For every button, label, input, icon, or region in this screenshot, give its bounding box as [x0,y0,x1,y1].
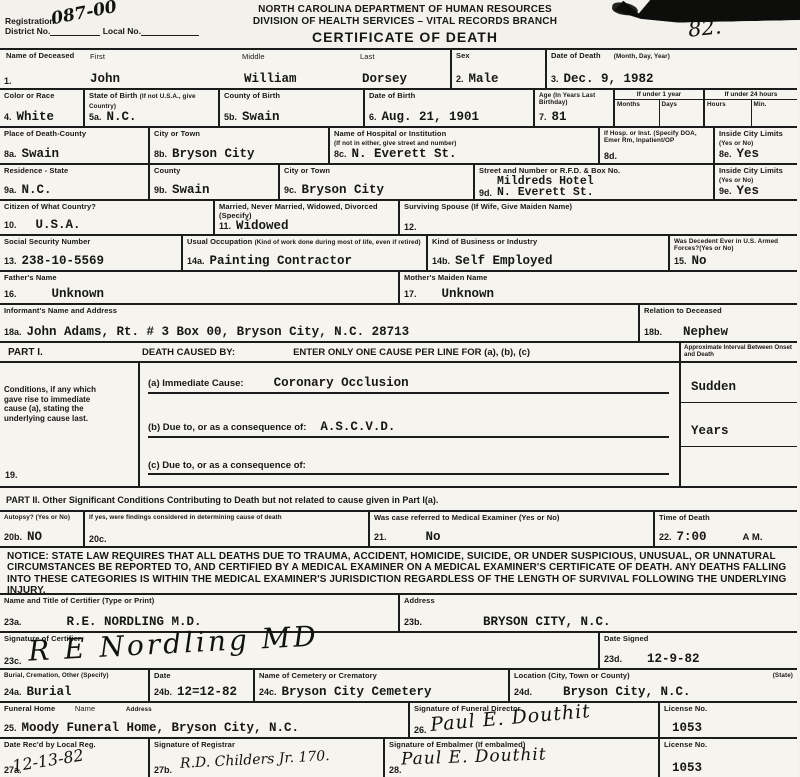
industry-value: Self Employed [455,255,553,268]
immediate-cause-value: Coronary Occlusion [274,377,409,390]
date-of-birth-value: Aug. 21, 1901 [382,111,480,124]
days-header: Days [662,101,702,108]
time-of-death-value: 7:00 [677,531,707,544]
armed-forces-field: Was Decedent Ever in U.S. Armed Forces?(… [670,236,797,270]
hospital-value: N. Everett St. [352,148,457,161]
due-to-line-c: (c) Due to, or as a consequence of: [148,460,669,475]
fathers-name-field: Father's Name 16.Unknown [0,272,400,303]
header-titles: NORTH CAROLINA DEPARTMENT OF HUMAN RESOU… [170,4,640,45]
department-line: NORTH CAROLINA DEPARTMENT OF HUMAN RESOU… [170,4,640,16]
color-or-race-field: Color or Race 4.White [0,90,85,126]
date-of-birth-field: Date of Birth 6.Aug. 21, 1901 [365,90,535,126]
due-to-line-b: (b) Due to, or as a consequence of: A.S.… [148,421,669,438]
item-19-number: 19. [5,470,18,480]
medical-examiner-referral-field: Was case referred to Medical Examiner (Y… [370,512,655,546]
age-value: 81 [552,111,567,124]
relation-to-deceased-field: Relation to Deceased 18b.Nephew [640,305,797,341]
state-of-birth-field: State of Birth (If not U.S.A., give Coun… [85,90,220,126]
pod-city-field: City or Town 8b.Bryson City [150,128,330,163]
form-header: Registration District No. Local No. 087-… [0,0,800,48]
state-of-birth-value: N.C. [107,111,137,124]
hours-header: Hours [707,101,749,108]
pod-county-value: Swain [22,148,60,161]
name-label: Name of Deceased [6,52,74,61]
death-certificate-document: Registration District No. Local No. 087-… [0,0,800,777]
death-caused-by-label: DEATH CAUSED BY: [142,347,235,358]
min-header: Min. [754,101,796,108]
county-of-birth-field: County of Birth 5b.Swain [220,90,365,126]
division-line: DIVISION OF HEALTH SERVICES – VITAL RECO… [170,16,640,28]
citizen-value: U.S.A. [36,219,81,232]
handwritten-corner-number: 82. [687,14,723,41]
middle-header: Middle [242,53,265,62]
residence-street-field: Street and Number or R.F.D. & Box No. 9d… [475,165,715,199]
me-referral-value: No [426,531,441,544]
funeral-home-value: Moody Funeral Home, Bryson City, N.C. [22,722,300,735]
interval-b-value: Years [691,425,729,438]
date-received-field: Date Rec'd by Local Reg. 27a. 12-13-82 [0,739,150,777]
ssn-field: Social Security Number 13.238-10-5569 [0,236,183,270]
certifier-signature-field: Signature of Certifier 23c. R E Nordling… [0,633,600,668]
embalmer-license-value: 1053 [672,762,702,775]
res-inside-city-limits-field: Inside City Limits (Yes or No) 9e.Yes [715,165,797,199]
interval-a-value: Sudden [691,381,736,394]
funeral-director-signature-field: Signature of Funeral Director 26. Paul E… [410,703,660,737]
residence-state-field: Residence - State 9a.N.C. [0,165,150,199]
interval-divider [681,446,797,447]
mother-value: Unknown [442,288,495,301]
district-no-blank [50,27,100,36]
sex-label: Sex [456,52,541,61]
pod-limits-value: Yes [737,148,760,161]
last-name-value: Dorsey [362,73,407,86]
one-cause-per-line-label: ENTER ONLY ONE CAUSE PER LINE FOR (a), (… [293,347,679,358]
cemetery-location-field: Location (City, Town or County)(State) 2… [510,670,797,701]
funeral-director-license-field: License No. 1053 [660,703,797,737]
part2-section: PART II. Other Significant Conditions Co… [0,486,797,510]
informant-field: Informant's Name and Address 18a.John Ad… [0,305,640,341]
part1-title: PART I. [8,347,138,358]
if-under-24-hours-field: If under 24 hours Hours Min. [705,90,797,126]
disposition-date-field: Date 24b.12=12-82 [150,670,255,701]
cemetery-value: Bryson City Cemetery [282,686,432,699]
interval-divider [681,402,797,403]
cemetery-location-value: Bryson City, N.C. [563,686,691,699]
citizen-field: Citizen of What Country? 10.U.S.A. [0,201,215,234]
district-no-label: District No. [5,26,50,36]
disposition-value: Burial [27,686,72,699]
part2-title: PART II. Other Significant Conditions Co… [6,495,438,505]
interval-column: Sudden Years [681,363,797,488]
funeral-home-field: Funeral Home Name Address 25.Moody Funer… [0,703,410,737]
relation-value: Nephew [683,326,728,339]
date-of-death-field: Date of Death (Month, Day, Year) 3.Dec. … [547,50,797,88]
interval-header: Approximate Interval Between Onset and D… [679,343,797,361]
findings-considered-field: If yes, were findings considered in dete… [85,512,370,546]
certifier-address-value: BRYSON CITY, N.C. [483,616,611,629]
pod-city-value: Bryson City [172,148,255,161]
embalmer-license-field: License No. 1053 [660,739,797,777]
certificate-title: CERTIFICATE OF DEATH [170,29,640,45]
race-value: White [17,111,55,124]
registrar-signature-field: Signature of Registrar 27b. R.D. Childer… [150,739,385,777]
middle-name-value: William [244,73,297,86]
fd-license-value: 1053 [672,722,702,735]
if-hosp-or-inst-field: If Hosp. or Inst. (Specify DOA, Emer Rm,… [600,128,715,163]
am-pm-label: A M. [743,534,763,543]
age-field: Age (In Years Last Birthday) 7.81 [535,90,615,126]
res-limits-value: Yes [737,185,760,198]
last-header: Last [360,53,375,62]
sex-value: Male [469,73,499,86]
first-header: First [90,53,105,62]
local-no-label: Local No. [103,26,141,36]
autopsy-field: Autopsy? (Yes or No) 20b.NO [0,512,85,546]
part1-conditions-note: Conditions, if any which gave rise to im… [0,363,140,488]
date-signed-field: Date Signed 23d.12-9-82 [600,633,797,668]
father-value: Unknown [52,288,105,301]
medical-examiner-notice: NOTICE: STATE LAW REQUIRES THAT ALL DEAT… [0,548,797,593]
hospital-or-institution-field: Name of Hospital or Institution(If not i… [330,128,600,163]
disposition-field: Burial, Cremation, Other (Specify) 24a.B… [0,670,150,701]
immediate-cause-line: (a) Immediate Cause: Coronary Occlusion [148,377,669,394]
pod-inside-city-limits-field: Inside City Limits (Yes or No) 8e.Yes [715,128,797,163]
if-under-1-year-field: If under 1 year Months Days [615,90,705,126]
certificate-form: Name of Deceased First Middle Last 1. Jo… [0,48,797,777]
time-of-death-field: Time of Death 22.7:00A M. [655,512,797,546]
sex-field: Sex 2.Male [452,50,547,88]
mothers-maiden-name-field: Mother's Maiden Name 17.Unknown [400,272,797,303]
date-signed-value: 12-9-82 [647,653,700,666]
occupation-field: Usual Occupation (Kind of work done duri… [183,236,428,270]
industry-field: Kind of Business or Industry 14b.Self Em… [428,236,670,270]
name-item-number: 1. [4,76,12,86]
part1-cause-lines: (a) Immediate Cause: Coronary Occlusion … [140,363,681,488]
forces-value: No [692,255,707,268]
occupation-value: Painting Contractor [210,255,353,268]
date-of-death-value: Dec. 9, 1982 [564,73,654,86]
residence-city-field: City or Town 9c.Bryson City [280,165,475,199]
res-city-value: Bryson City [302,184,385,197]
autopsy-value: NO [27,531,42,544]
county-of-birth-value: Swain [242,111,280,124]
residence-county-field: County 9b.Swain [150,165,280,199]
embalmer-signature-field: Signature of Embalmer (If embalmed) 28. … [385,739,660,777]
ssn-value: 238-10-5569 [22,255,105,268]
res-county-value: Swain [172,184,210,197]
res-state-value: N.C. [22,184,52,197]
marital-value: Widowed [236,220,289,233]
surviving-spouse-field: Surviving Spouse (If Wife, Give Maiden N… [400,201,797,234]
part1-header: PART I. DEATH CAUSED BY: ENTER ONLY ONE … [0,341,797,361]
cemetery-field: Name of Cemetery or Crematory 24c.Bryson… [255,670,510,701]
place-of-death-county-field: Place of Death-County 8a.Swain [0,128,150,163]
due-to-b-value: A.S.C.V.D. [320,421,395,434]
res-street-line2: N. Everett St. [497,187,594,198]
first-name-value: John [90,73,120,86]
name-of-deceased-field: Name of Deceased First Middle Last 1. Jo… [0,50,452,88]
date-of-death-label: Date of Death (Month, Day, Year) [551,52,793,62]
disposition-date-value: 12=12-82 [177,686,237,699]
informant-value: John Adams, Rt. # 3 Box 00, Bryson City,… [27,326,410,339]
marital-status-field: Married, Never Married, Widowed, Divorce… [215,201,400,234]
certifier-address-field: Address 23b.BRYSON CITY, N.C. [400,595,797,631]
months-header: Months [617,101,657,108]
